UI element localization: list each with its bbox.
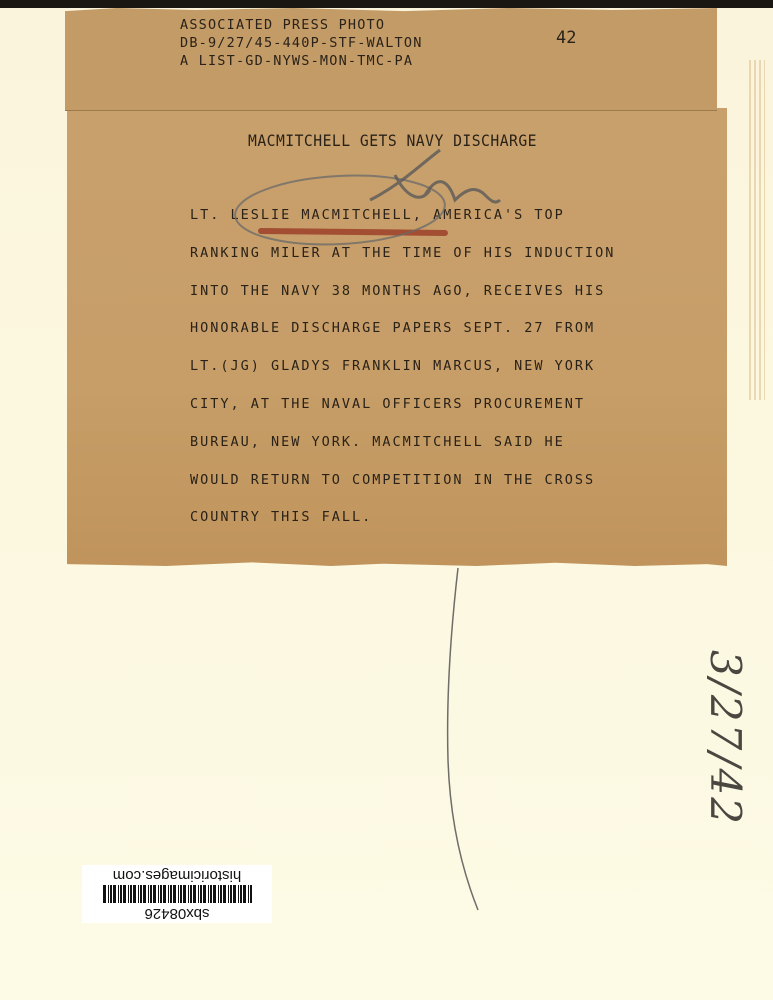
caption-line: CITY, AT THE NAVAL OFFICERS PROCUREMENT [190, 393, 615, 431]
caption-line: INTO THE NAVY 38 MONTHS AGO, RECEIVES HI… [190, 280, 615, 318]
header-line-3: A LIST-GD-NYWS-MON-TMC-PA [180, 52, 423, 70]
caption-line: HONORABLE DISCHARGE PAPERS SEPT. 27 FROM [190, 317, 615, 355]
page-number: 42 [556, 28, 576, 48]
caption-line: LT. LESLIE MACMITCHELL, AMERICA'S TOP [190, 204, 615, 242]
header-line-1: ASSOCIATED PRESS PHOTO [180, 16, 423, 34]
barcode-code: sbx08426 [144, 905, 209, 921]
handwritten-date: 3/27/42 [710, 650, 750, 790]
barcode-site: historicimages.com [113, 867, 241, 883]
caption-line: LT.(JG) GLADYS FRANKLIN MARCUS, NEW YORK [190, 355, 615, 393]
ap-header: ASSOCIATED PRESS PHOTO DB-9/27/45-440P-S… [180, 16, 423, 70]
caption-line: BUREAU, NEW YORK. MACMITCHELL SAID HE [190, 431, 615, 469]
edge-stain [749, 60, 765, 400]
caption-line: COUNTRY THIS FALL. [190, 506, 615, 544]
header-line-2: DB-9/27/45-440P-STF-WALTON [180, 34, 423, 52]
caption-line: RANKING MILER AT THE TIME OF HIS INDUCTI… [190, 242, 615, 280]
barcode-label: sbx08426 historicimages.com [82, 865, 272, 923]
caption-line: WOULD RETURN TO COMPETITION IN THE CROSS [190, 469, 615, 507]
caption-headline: MACMITCHELL GETS NAVY DISCHARGE [248, 131, 537, 150]
caption-body: LT. LESLIE MACMITCHELL, AMERICA'S TOP RA… [190, 204, 615, 544]
barcode-icon [102, 885, 252, 903]
